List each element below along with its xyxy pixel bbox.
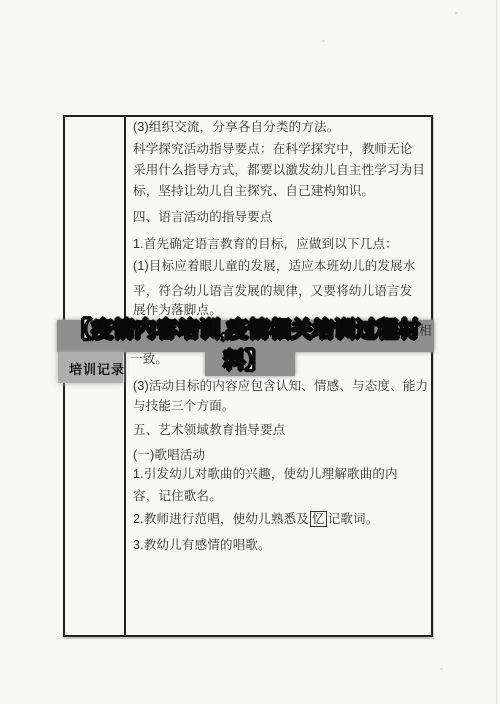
watermark-text-line2: 料】	[56, 346, 434, 377]
boxed-correction-char: 忆	[310, 511, 327, 527]
handwritten-line: 采用什么指导方式，都要以激发幼儿自主性学习为目	[133, 161, 425, 179]
handwritten-section-heading: 四、语言活动的指导要点	[133, 208, 273, 226]
scan-speck	[455, 12, 458, 14]
handwritten-subsection-heading: (一)歌唱活动	[133, 446, 205, 464]
line-text-after-box: 记歌词。	[328, 512, 379, 526]
handwritten-line: 容，记住歌名。	[133, 487, 222, 505]
handwritten-line: 3.教幼儿有感情的唱歌。	[133, 536, 271, 554]
handwritten-line: 平，符合幼儿语言发展的规律，又要将幼儿语言发	[133, 282, 412, 300]
handwritten-line: 科学探究活动指导要点：在科学探究中，教师无论	[133, 140, 412, 158]
line-text-before-box: 2.教师进行范唱，使幼儿熟悉及	[133, 512, 309, 526]
scanned-document-page: 培训记录 (3)组织交流，分享各自分类的方法。 科学探究活动指导要点：在科学探究…	[0, 0, 500, 704]
watermark-text-line1: 【疫情内容培训,疫情相关培训过程材	[56, 315, 434, 346]
handwritten-line: 2.教师进行范唱，使幼儿熟悉及忆记歌词。	[133, 510, 378, 528]
handwritten-line: 标，坚持让幼儿自主探究、自己建构知识。	[133, 182, 374, 200]
scan-speck	[322, 40, 325, 42]
page-edge-line	[496, 0, 497, 704]
scan-speck	[440, 668, 443, 670]
handwritten-line: 1.引发幼儿对歌曲的兴趣，使幼儿理解歌曲的内	[133, 465, 398, 483]
watermark-text: 【疫情内容培训,疫情相关培训过程材 料】	[56, 315, 434, 377]
handwritten-line: (3)活动目标的内容应包含认知、情感、与态度、能力	[133, 377, 428, 395]
handwritten-line: 1.首先确定语言教育的目标，应做到以下几点：	[133, 235, 398, 253]
handwritten-line: (3)组织交流，分享各自分类的方法。	[133, 118, 339, 136]
handwritten-line: 与技能三个方面。	[133, 397, 235, 415]
handwritten-section-heading: 五、艺术领域教育指导要点	[133, 421, 285, 439]
handwritten-line: (1)目标应着眼儿童的发展，适应本班幼儿的发展水	[133, 257, 416, 275]
